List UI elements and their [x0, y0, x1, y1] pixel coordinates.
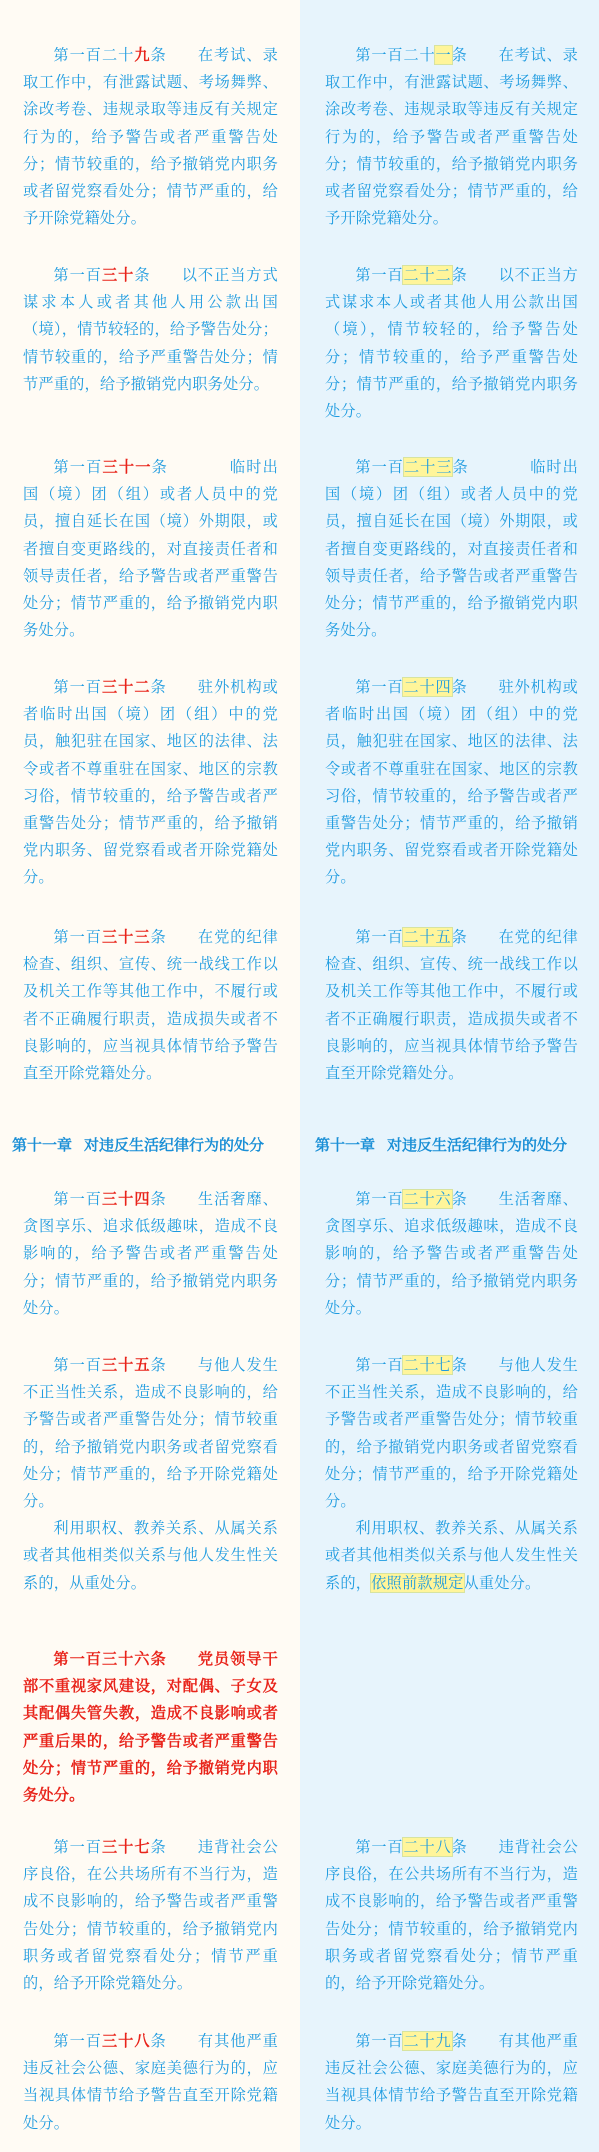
article-paragraph: 第一百二十三条临时出国（境）团（组）或者人员中的党员，擅自延长在国（境）外期限，…	[325, 454, 578, 644]
article-number: 第一百三十七条	[53, 1838, 166, 1856]
changed-number-red: 三十五	[102, 1356, 151, 1374]
article-paragraph-2: 利用职权、教养关系、从属关系或者其他相类似关系与他人发生性关系的，依照前款规定从…	[325, 1515, 578, 1597]
changed-number-yellow: 一	[435, 46, 451, 64]
article-number: 第一百二十三条	[355, 458, 468, 476]
changed-number-red: 九	[134, 46, 150, 64]
article-text: 生活奢靡、贪图享乐、追求低级趣味，造成不良影响的，给予警告或者严重警告处分；情节…	[23, 1190, 278, 1317]
left-article-130: 第一百三十条以不正当方式谋求本人或者其他人用公款出国（境），情节较轻的，给予警告…	[0, 262, 300, 398]
article-text: 在党的纪律检查、组织、宣传、统一战线工作以及机关工作等其他工作中，不履行或者不正…	[325, 928, 578, 1082]
article-paragraph: 第一百三十五条与他人发生不正当性关系，造成不良影响的，给予警告或者严重警告处分；…	[23, 1352, 278, 1515]
right-article-129: 第一百二十九条有其他严重违反社会公德、家庭美德行为的，应当视具体情节给予警告直至…	[300, 2028, 599, 2137]
changed-number-yellow: 二十二	[403, 266, 451, 284]
changed-number-red: 三十八	[102, 2032, 151, 2050]
article-paragraph-2: 利用职权、教养关系、从属关系或者其他相类似关系与他人发生性关系的，从重处分。	[23, 1515, 278, 1597]
article-text: 违背社会公序良俗，在公共场所有不当行为，造成不良影响的，给予警告或者严重警告处分…	[325, 1838, 578, 1992]
article-number: 第一百三十二条	[53, 678, 166, 696]
article-number: 第一百三十五条	[53, 1356, 166, 1374]
changed-number-yellow: 二十四	[403, 678, 451, 696]
right-article-121: 第一百二十一条在考试、录取工作中，有泄露试题、考场舞弊、涂改考卷、违规录取等违反…	[300, 42, 599, 232]
article-text: 在党的纪律检查、组织、宣传、统一战线工作以及机关工作等其他工作中，不履行或者不正…	[23, 928, 278, 1082]
changed-number-red: 三十四	[102, 1190, 151, 1208]
article-number: 第一百二十九条	[355, 2032, 467, 2050]
changed-number-yellow: 二十三	[404, 458, 453, 476]
left-article-135: 第一百三十五条与他人发生不正当性关系，造成不良影响的，给予警告或者严重警告处分；…	[0, 1352, 300, 1597]
article-paragraph: 第一百二十九条在考试、录取工作中，有泄露试题、考场舞弊、涂改考卷、违规录取等违反…	[23, 42, 278, 232]
article-text: 党员领导干部不重视家风建设，对配偶、子女及其配偶失管失教，造成不良影响或者严重后…	[23, 1650, 278, 1804]
article-paragraph: 第一百三十一条临时出国（境）团（组）或者人员中的党员，擅自延长在国（境）外期限，…	[23, 454, 278, 644]
article-number: 第一百三十四条	[53, 1190, 166, 1208]
article-paragraph: 第一百二十四条驻外机构或者临时出国（境）团（组）中的党员，触犯驻在国家、地区的法…	[325, 674, 578, 892]
changed-number-yellow: 二十八	[403, 1838, 451, 1856]
article-number: 第一百二十二条	[355, 266, 467, 284]
article-paragraph: 第一百三十三条在党的纪律检查、组织、宣传、统一战线工作以及机关工作等其他工作中，…	[23, 924, 278, 1087]
article-paragraph: 第一百三十二条驻外机构或者临时出国（境）团（组）中的党员，触犯驻在国家、地区的法…	[23, 674, 278, 892]
chapter-heading: 第十一章对违反生活纪律行为的处分	[0, 1133, 300, 1157]
right-article-124: 第一百二十四条驻外机构或者临时出国（境）团（组）中的党员，触犯驻在国家、地区的法…	[300, 674, 599, 892]
changed-number-yellow: 二十七	[403, 1356, 451, 1374]
article-number: 第一百三十三条	[53, 928, 166, 946]
article-paragraph: 第一百二十七条与他人发生不正当性关系，造成不良影响的，给予警告或者严重警告处分；…	[325, 1352, 578, 1515]
article-number: 第一百二十四条	[355, 678, 467, 696]
added-text-yellow: 依照前款规定	[371, 1574, 463, 1592]
article-number: 第一百二十六条	[355, 1190, 467, 1208]
article-paragraph: 第一百三十八条有其他严重违反社会公德、家庭美德行为的，应当视具体情节给予警告直至…	[23, 2028, 278, 2137]
changed-number-yellow: 二十五	[403, 928, 451, 946]
changed-number-yellow: 二十九	[403, 2032, 451, 2050]
article-text: 与他人发生不正当性关系，造成不良影响的，给予警告或者严重警告处分；情节较重的，给…	[325, 1356, 578, 1510]
changed-number-red: 三十	[102, 266, 134, 284]
article-text: 与他人发生不正当性关系，造成不良影响的，给予警告或者严重警告处分；情节较重的，给…	[23, 1356, 278, 1510]
right-article-128: 第一百二十八条违背社会公序良俗，在公共场所有不当行为，造成不良影响的，给予警告或…	[300, 1834, 599, 1997]
article-text: 驻外机构或者临时出国（境）团（组）中的党员，触犯驻在国家、地区的法律、法令或者不…	[23, 678, 278, 886]
right-article-123: 第一百二十三条临时出国（境）团（组）或者人员中的党员，擅自延长在国（境）外期限，…	[300, 454, 599, 644]
left-article-133: 第一百三十三条在党的纪律检查、组织、宣传、统一战线工作以及机关工作等其他工作中，…	[0, 924, 300, 1087]
left-article-131: 第一百三十一条临时出国（境）团（组）或者人员中的党员，擅自延长在国（境）外期限，…	[0, 454, 300, 644]
changed-number-red: 三十二	[102, 678, 151, 696]
left-column-original: 第一百二十九条在考试、录取工作中，有泄露试题、考场舞弊、涂改考卷、违规录取等违反…	[0, 0, 300, 2152]
left-article-136-deleted: 第一百三十六条党员领导干部不重视家风建设，对配偶、子女及其配偶失管失教，造成不良…	[0, 1646, 300, 1809]
changed-number-red: 三十一	[103, 458, 152, 476]
right-article-125: 第一百二十五条在党的纪律检查、组织、宣传、统一战线工作以及机关工作等其他工作中，…	[300, 924, 599, 1087]
left-article-134: 第一百三十四条生活奢靡、贪图享乐、追求低级趣味，造成不良影响的，给予警告或者严重…	[0, 1186, 300, 1322]
article-paragraph: 第一百二十五条在党的纪律检查、组织、宣传、统一战线工作以及机关工作等其他工作中，…	[325, 924, 578, 1087]
article-paragraph: 第一百二十一条在考试、录取工作中，有泄露试题、考场舞弊、涂改考卷、违规录取等违反…	[325, 42, 578, 232]
right-article-122: 第一百二十二条以不正当方式谋求本人或者其他人用公款出国（境），情节较轻的，给予警…	[300, 262, 599, 425]
chapter-heading: 第十一章对违反生活纪律行为的处分	[300, 1133, 599, 1157]
article-text: 以不正当方式谋求本人或者其他人用公款出国（境），情节较轻的，给予警告处分；情节较…	[23, 266, 278, 393]
article-number: 第一百二十五条	[355, 928, 467, 946]
article-text: 以不正当方式谋求本人或者其他人用公款出国（境），情节较轻的，给予警告处分；情节较…	[325, 266, 578, 420]
article-number: 第一百三十一条	[53, 458, 168, 476]
changed-number-red: 三十七	[102, 1838, 151, 1856]
article-paragraph: 第一百三十四条生活奢靡、贪图享乐、追求低级趣味，造成不良影响的，给予警告或者严重…	[23, 1186, 278, 1322]
article-number: 第一百三十八条	[53, 2032, 166, 2050]
right-article-127: 第一百二十七条与他人发生不正当性关系，造成不良影响的，给予警告或者严重警告处分；…	[300, 1352, 599, 1597]
article-paragraph: 第一百二十二条以不正当方式谋求本人或者其他人用公款出国（境），情节较轻的，给予警…	[325, 262, 578, 425]
article-number: 第一百二十九条	[53, 46, 166, 64]
article-paragraph: 第一百三十条以不正当方式谋求本人或者其他人用公款出国（境），情节较轻的，给予警告…	[23, 262, 278, 398]
article-text: 临时出国（境）团（组）或者人员中的党员，擅自延长在国（境）外期限，或者擅自变更路…	[325, 458, 578, 639]
article-number: 第一百二十七条	[355, 1356, 467, 1374]
article-text: 生活奢靡、贪图享乐、追求低级趣味，造成不良影响的，给予警告或者严重警告处分；情节…	[325, 1190, 578, 1317]
article-text: 临时出国（境）团（组）或者人员中的党员，擅自延长在国（境）外期限，或者擅自变更路…	[23, 458, 278, 639]
article-paragraph: 第一百二十八条违背社会公序良俗，在公共场所有不当行为，造成不良影响的，给予警告或…	[325, 1834, 578, 1997]
article-text: 驻外机构或者临时出国（境）团（组）中的党员，触犯驻在国家、地区的法律、法令或者不…	[325, 678, 578, 886]
right-article-126: 第一百二十六条生活奢靡、贪图享乐、追求低级趣味，造成不良影响的，给予警告或者严重…	[300, 1186, 599, 1322]
article-text: 在考试、录取工作中，有泄露试题、考场舞弊、涂改考卷、违规录取等违反有关规定行为的…	[23, 46, 278, 227]
changed-number-red: 三十三	[102, 928, 151, 946]
left-article-129: 第一百二十九条在考试、录取工作中，有泄露试题、考场舞弊、涂改考卷、违规录取等违反…	[0, 42, 300, 232]
left-article-132: 第一百三十二条驻外机构或者临时出国（境）团（组）中的党员，触犯驻在国家、地区的法…	[0, 674, 300, 892]
article-number: 第一百二十八条	[355, 1838, 467, 1856]
changed-number-yellow: 二十六	[403, 1190, 451, 1208]
deleted-article-paragraph: 第一百三十六条党员领导干部不重视家风建设，对配偶、子女及其配偶失管失教，造成不良…	[23, 1646, 278, 1809]
left-article-138: 第一百三十八条有其他严重违反社会公德、家庭美德行为的，应当视具体情节给予警告直至…	[0, 2028, 300, 2137]
article-text: 违背社会公序良俗，在公共场所有不当行为，造成不良影响的，给予警告或者严重警告处分…	[23, 1838, 278, 1992]
article-paragraph: 第一百三十七条违背社会公序良俗，在公共场所有不当行为，造成不良影响的，给予警告或…	[23, 1834, 278, 1997]
article-number: 第一百三十条	[53, 266, 150, 284]
article-paragraph: 第一百二十六条生活奢靡、贪图享乐、追求低级趣味，造成不良影响的，给予警告或者严重…	[325, 1186, 578, 1322]
left-article-137: 第一百三十七条违背社会公序良俗，在公共场所有不当行为，造成不良影响的，给予警告或…	[0, 1834, 300, 1997]
article-number: 第一百三十六条	[53, 1650, 166, 1668]
right-column-revised: 第一百二十一条在考试、录取工作中，有泄露试题、考场舞弊、涂改考卷、违规录取等违反…	[300, 0, 599, 2152]
article-number: 第一百二十一条	[355, 46, 467, 64]
article-text: 在考试、录取工作中，有泄露试题、考场舞弊、涂改考卷、违规录取等违反有关规定行为的…	[325, 46, 578, 227]
article-paragraph: 第一百二十九条有其他严重违反社会公德、家庭美德行为的，应当视具体情节给予警告直至…	[325, 2028, 578, 2137]
